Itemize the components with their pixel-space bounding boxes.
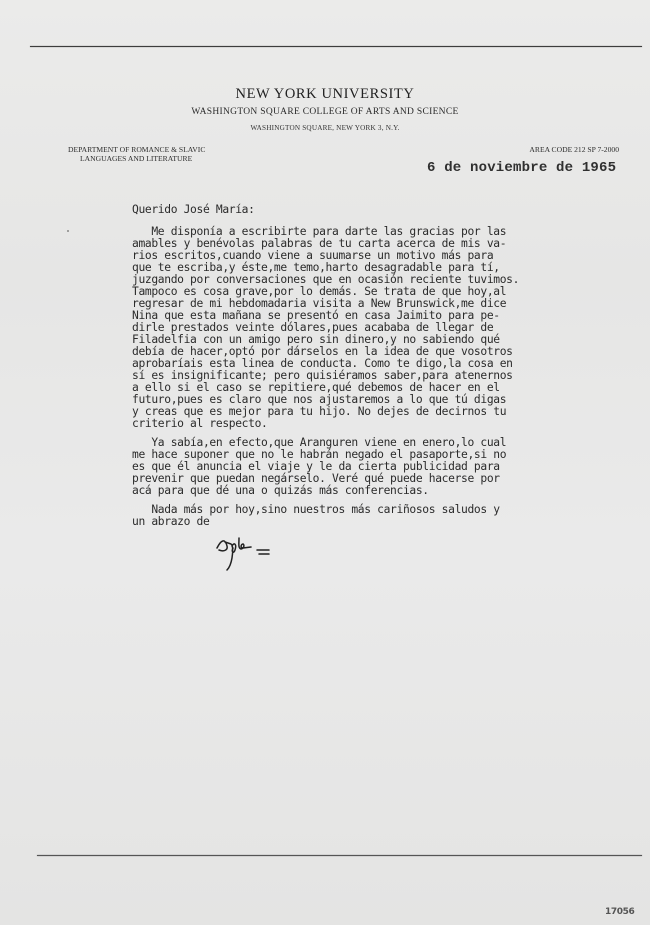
- letterhead-institution: NEW YORK UNIVERSITY: [0, 86, 650, 103]
- letter-body: Querido José María: Me disponía a escrib…: [132, 204, 602, 535]
- department-block: DEPARTMENT OF ROMANCE & SLAVIC LANGUAGES…: [68, 145, 205, 163]
- paragraph-3: Nada más por hoy,sino nuestros más cariñ…: [132, 504, 602, 528]
- paper-speck: [67, 230, 69, 232]
- phone-number: AREA CODE 212 SP 7-2000: [529, 145, 619, 154]
- top-border-rule: [30, 46, 642, 47]
- archive-number: 17056: [605, 907, 634, 917]
- letterhead-address: WASHINGTON SQUARE, NEW YORK 3, N.Y.: [0, 124, 650, 132]
- department-line-2: LANGUAGES AND LITERATURE: [68, 154, 205, 163]
- bottom-border-rule: [37, 855, 642, 856]
- department-line-1: DEPARTMENT OF ROMANCE & SLAVIC: [68, 145, 205, 154]
- handwritten-signature: Ayala: [215, 532, 305, 572]
- paragraph-2: Ya sabía,en efecto,que Aranguren viene e…: [132, 437, 602, 497]
- letter-page: NEW YORK UNIVERSITY WASHINGTON SQUARE CO…: [0, 0, 650, 925]
- salutation: Querido José María:: [132, 204, 602, 216]
- letterhead-college: WASHINGTON SQUARE COLLEGE OF ARTS AND SC…: [0, 107, 650, 117]
- paragraph-1: Me disponía a escribirte para darte las …: [132, 226, 602, 430]
- letter-date: 6 de noviembre de 1965: [427, 160, 616, 176]
